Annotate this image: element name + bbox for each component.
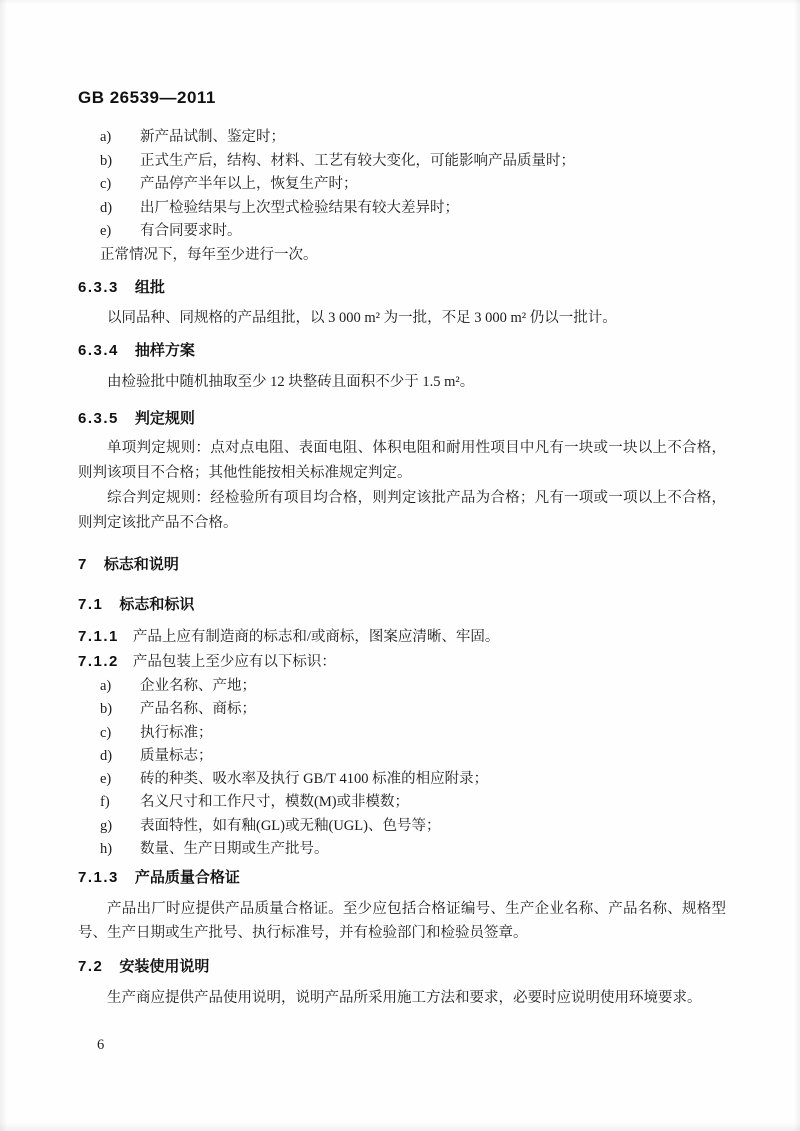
page-footer: 6 bbox=[78, 1036, 726, 1054]
type-inspection-conditions-list: a) 新产品试制、鉴定时； b) 正式生产后，结构、材料、工艺有较大变化，可能影… bbox=[78, 126, 726, 244]
section-title: 组批 bbox=[135, 278, 165, 298]
section-number: 6.3.3 bbox=[78, 278, 119, 298]
item-marker: f) bbox=[100, 791, 140, 814]
item-marker: d) bbox=[100, 745, 140, 768]
item-text: 名义尺寸和工作尺寸，模数(M)或非模数； bbox=[140, 791, 409, 814]
item-marker: d) bbox=[100, 197, 140, 221]
section-number: 7.1.3 bbox=[78, 868, 119, 888]
item-text: 质量标志； bbox=[140, 745, 213, 768]
section-number: 6.3.5 bbox=[78, 409, 119, 429]
paragraph: 单项判定规则：点对点电阻、表面电阻、体积电阻和耐用性项目中凡有一块或一块以上不合… bbox=[78, 436, 726, 486]
list-item: c) 产品停产半年以上，恢复生产时； bbox=[78, 173, 726, 197]
list-item: h) 数量、生产日期或生产批号。 bbox=[78, 838, 726, 861]
paragraph: 由检验批中随机抽取至少 12 块整砖且面积不少于 1.5 m²。 bbox=[78, 371, 726, 395]
document-page: GB 26539—2011 a) 新产品试制、鉴定时； b) 正式生产后，结构、… bbox=[0, 0, 800, 1131]
item-text: 正式生产后，结构、材料、工艺有较大变化，可能影响产品质量时； bbox=[140, 150, 575, 174]
item-text: 出厂检验结果与上次型式检验结果有较大差异时； bbox=[140, 197, 459, 221]
paragraph: 生产商应提供产品使用说明，说明产品所采用施工方法和要求，必要时应说明使用环境要求… bbox=[78, 987, 726, 1011]
list-item: b) 产品名称、商标； bbox=[78, 698, 726, 721]
list-item: d) 质量标志； bbox=[78, 745, 726, 768]
item-marker: g) bbox=[100, 815, 140, 838]
paragraph: 综合判定规则：经检验所有项目均合格，则判定该批产品为合格；凡有一项或一项以上不合… bbox=[78, 486, 726, 536]
item-marker: a) bbox=[100, 675, 140, 698]
section-title: 抽样方案 bbox=[135, 341, 195, 361]
item-marker: e) bbox=[100, 768, 140, 791]
clause-text: 产品包装上至少应有以下标识： bbox=[133, 651, 336, 675]
item-text: 表面特性，如有釉(GL)或无釉(UGL)、色号等； bbox=[140, 815, 440, 838]
item-text: 执行标准； bbox=[140, 722, 213, 745]
section-title: 判定规则 bbox=[135, 409, 195, 429]
section-heading-7-1-3: 7.1.3 产品质量合格证 bbox=[78, 868, 726, 888]
item-marker: b) bbox=[100, 150, 140, 174]
item-text: 有合同要求时。 bbox=[140, 220, 242, 244]
item-text: 新产品试制、鉴定时； bbox=[140, 126, 285, 150]
paragraph: 以同品种、同规格的产品组批，以 3 000 m² 为一批，不足 3 000 m²… bbox=[78, 307, 726, 331]
clause-7-1-2: 7.1.2 产品包装上至少应有以下标识： bbox=[78, 650, 726, 675]
page-number: 6 bbox=[97, 1037, 104, 1053]
section-title: 标志和说明 bbox=[104, 555, 179, 575]
section-heading-6-3-5: 6.3.5 判定规则 bbox=[78, 409, 726, 429]
list-item: g) 表面特性，如有釉(GL)或无釉(UGL)、色号等； bbox=[78, 815, 726, 838]
list-item: b) 正式生产后，结构、材料、工艺有较大变化，可能影响产品质量时； bbox=[78, 150, 726, 174]
section-number: 7 bbox=[78, 555, 88, 575]
section-number: 7.1 bbox=[78, 595, 103, 615]
section-heading-7-2: 7.2 安装使用说明 bbox=[78, 957, 726, 977]
section-heading-6-3-4: 6.3.4 抽样方案 bbox=[78, 341, 726, 361]
list-item: c) 执行标准； bbox=[78, 722, 726, 745]
chapter-heading-7: 7 标志和说明 bbox=[78, 555, 726, 575]
item-text: 砖的种类、吸水率及执行 GB/T 4100 标准的相应附录； bbox=[140, 768, 488, 791]
list-item: a) 新产品试制、鉴定时； bbox=[78, 126, 726, 150]
list-item: a) 企业名称、产地； bbox=[78, 675, 726, 698]
item-marker: c) bbox=[100, 722, 140, 745]
list-item: d) 出厂检验结果与上次型式检验结果有较大差异时； bbox=[78, 197, 726, 221]
paragraph: 产品出厂时应提供产品质量合格证。至少应包括合格证编号、生产企业名称、产品名称、规… bbox=[78, 898, 726, 945]
item-marker: h) bbox=[100, 838, 140, 861]
clause-text: 产品上应有制造商的标志和/或商标，图案应清晰、牢固。 bbox=[133, 626, 500, 650]
section-heading-6-3-3: 6.3.3 组批 bbox=[78, 278, 726, 298]
note-paragraph: 正常情况下，每年至少进行一次。 bbox=[78, 244, 726, 268]
section-title: 标志和标识 bbox=[119, 595, 194, 615]
list-item: e) 有合同要求时。 bbox=[78, 220, 726, 244]
list-item: e) 砖的种类、吸水率及执行 GB/T 4100 标准的相应附录； bbox=[78, 768, 726, 791]
item-text: 产品停产半年以上，恢复生产时； bbox=[140, 173, 358, 197]
package-marking-list: a) 企业名称、产地； b) 产品名称、商标； c) 执行标准； d) 质量标志… bbox=[78, 675, 726, 861]
item-text: 数量、生产日期或生产批号。 bbox=[140, 838, 329, 861]
doc-number: GB 26539—2011 bbox=[78, 88, 726, 108]
section-title: 产品质量合格证 bbox=[135, 868, 240, 888]
list-item: f) 名义尺寸和工作尺寸，模数(M)或非模数； bbox=[78, 791, 726, 814]
clause-7-1-1: 7.1.1 产品上应有制造商的标志和/或商标，图案应清晰、牢固。 bbox=[78, 625, 726, 650]
item-marker: b) bbox=[100, 698, 140, 721]
item-marker: a) bbox=[100, 126, 140, 150]
section-heading-7-1: 7.1 标志和标识 bbox=[78, 595, 726, 615]
item-marker: e) bbox=[100, 220, 140, 244]
item-marker: c) bbox=[100, 173, 140, 197]
clause-number: 7.1.1 bbox=[78, 625, 119, 649]
section-title: 安装使用说明 bbox=[119, 957, 209, 977]
item-text: 产品名称、商标； bbox=[140, 698, 256, 721]
clause-number: 7.1.2 bbox=[78, 650, 119, 674]
section-number: 6.3.4 bbox=[78, 341, 119, 361]
item-text: 企业名称、产地； bbox=[140, 675, 256, 698]
section-number: 7.2 bbox=[78, 957, 103, 977]
